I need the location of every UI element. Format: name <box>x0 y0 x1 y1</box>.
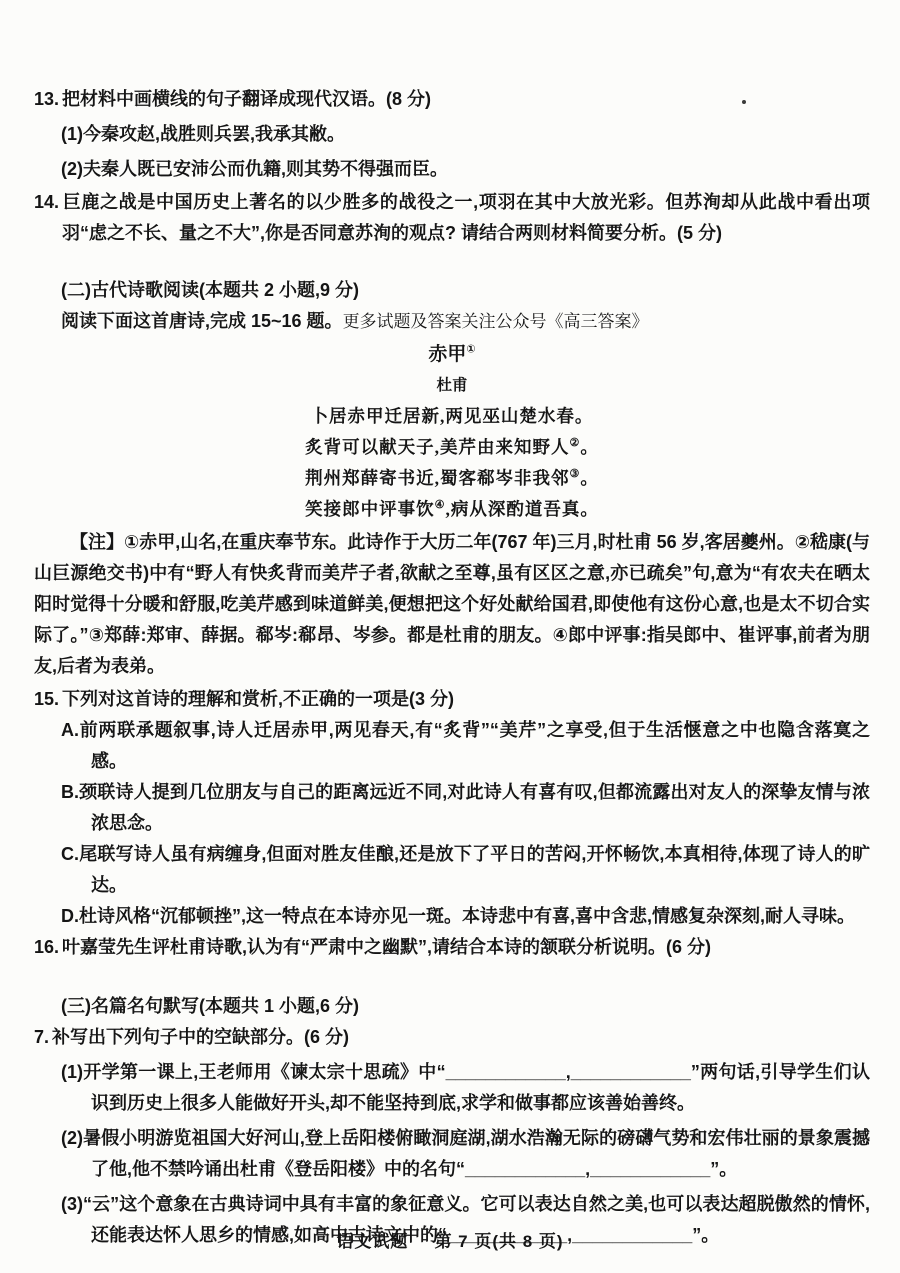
promo-text: 更多试题及答案关注公众号《高三答案》 <box>343 312 649 331</box>
question-13-number: 13. <box>34 89 59 109</box>
question-15-option-d: D.杜诗风格“沉郁顿挫”,这一特点在本诗亦见一斑。本诗悲中有喜,喜中含悲,情感复… <box>61 901 870 932</box>
question-16-number: 16. <box>34 937 59 957</box>
question-15-stem: 下列对这首诗的理解和赏析,不正确的一项是(3 分) <box>62 689 454 709</box>
section-2-intro-line: 阅读下面这首唐诗,完成 15~16 题。更多试题及答案关注公众号《高三答案》 <box>61 306 870 337</box>
question-17: 7.补写出下列句子中的空缺部分。(6 分) <box>34 1022 870 1053</box>
poem-line: 卜居赤甲迁居新,两见巫山楚水春。 <box>34 401 870 432</box>
question-16-stem: 叶嘉莹先生评杜甫诗歌,认为有“严肃中之幽默”,请结合本诗的颔联分析说明。(6 分… <box>62 937 711 957</box>
question-15-option-a: A.前两联承题叙事,诗人迁居赤甲,两见春天,有“炙背”“美芹”之享受,但于生活惬… <box>61 715 870 777</box>
question-17-stem: 补写出下列句子中的空缺部分。(6 分) <box>52 1027 349 1047</box>
question-14: 14.巨鹿之战是中国历史上著名的以少胜多的战役之一,项羽在其中大放光彩。但苏洵却… <box>34 187 870 249</box>
footer-paper-title: 语文试题 <box>336 1232 408 1251</box>
question-15-option-b: B.颈联诗人提到几位朋友与自己的距离远近不同,对此诗人有喜有叹,但都流露出对友人… <box>61 777 870 839</box>
question-14-stem: 巨鹿之战是中国历史上著名的以少胜多的战役之一,项羽在其中大放光彩。但苏洵却从此战… <box>62 192 870 243</box>
poem-block: 赤甲① 杜甫 卜居赤甲迁居新,两见巫山楚水春。 炙背可以献天子,美芹由来知野人②… <box>34 339 870 525</box>
poem-title: 赤甲① <box>34 339 870 370</box>
question-15: 15.下列对这首诗的理解和赏析,不正确的一项是(3 分) <box>34 684 870 715</box>
section-3-heading: (三)名篇名句默写(本题共 1 小题,6 分) <box>61 991 870 1022</box>
scan-artifact-dot <box>742 100 746 104</box>
section-2-heading: (二)古代诗歌阅读(本题共 2 小题,9 分) <box>61 275 870 306</box>
poem-line: 笑接郎中评事饮④,病从深酌道吾真。 <box>34 494 870 525</box>
question-13-sub-1: (1)今秦攻赵,战胜则兵罢,我承其敝。 <box>61 119 870 150</box>
footer-page-number: 第 7 页(共 8 页) <box>434 1232 563 1251</box>
question-14-number: 14. <box>34 192 59 212</box>
question-15-number: 15. <box>34 689 59 709</box>
question-17-sub-1: (1)开学第一课上,王老师用《谏太宗十思疏》中“____________,___… <box>61 1057 870 1119</box>
poem-line: 荆州郑薛寄书近,蜀客郗岑非我邻③。 <box>34 463 870 494</box>
question-17-number: 7. <box>34 1027 49 1047</box>
question-13-sub-2: (2)夫秦人既已安沛公而仇籍,则其势不得强而臣。 <box>61 154 870 185</box>
page-footer: 语文试题第 7 页(共 8 页) <box>0 1226 900 1257</box>
poem-author: 杜甫 <box>34 370 870 401</box>
question-16: 16.叶嘉莹先生评杜甫诗歌,认为有“严肃中之幽默”,请结合本诗的颔联分析说明。(… <box>34 932 870 963</box>
question-13-stem: 把材料中画横线的句子翻译成现代汉语。(8 分) <box>62 89 431 109</box>
section-2-intro: 阅读下面这首唐诗,完成 15~16 题。 <box>61 311 343 331</box>
question-17-sub-2: (2)暑假小明游览祖国大好河山,登上岳阳楼俯瞰洞庭湖,湖水浩瀚无际的磅礴气势和宏… <box>61 1123 870 1185</box>
section-gap <box>34 963 870 991</box>
poem-line: 炙背可以献天子,美芹由来知野人②。 <box>34 432 870 463</box>
question-15-option-c: C.尾联写诗人虽有病缠身,但面对胜友佳酿,还是放下了平日的苦闷,开怀畅饮,本真相… <box>61 839 870 901</box>
exam-page: 13.把材料中画横线的句子翻译成现代汉语。(8 分) (1)今秦攻赵,战胜则兵罢… <box>0 0 900 1273</box>
poem-annotations: 【注】①赤甲,山名,在重庆奉节东。此诗作于大历二年(767 年)三月,时杜甫 5… <box>34 527 870 682</box>
